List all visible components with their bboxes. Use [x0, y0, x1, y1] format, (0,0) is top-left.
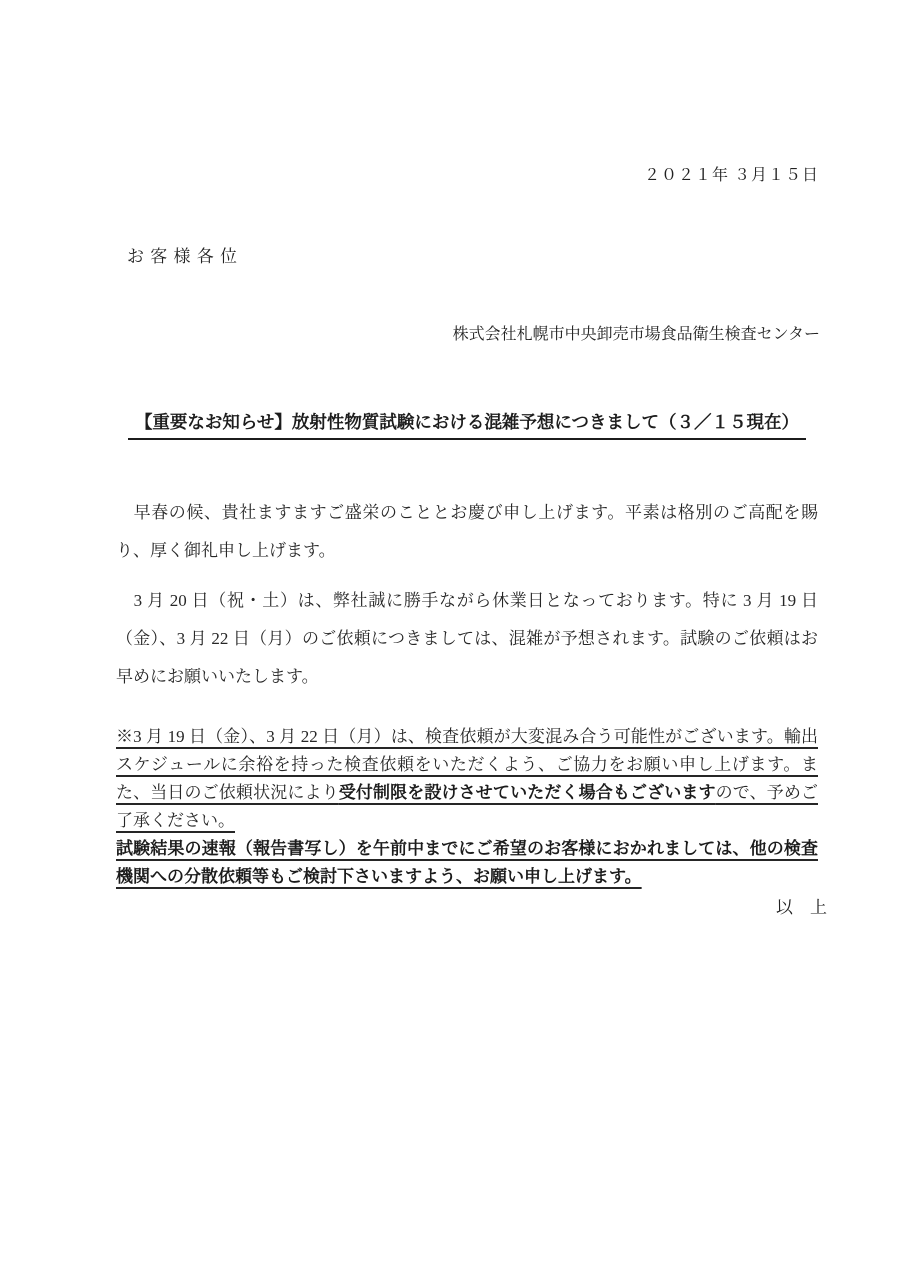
document-date: ２０２１年 ３月１５日 [644, 162, 819, 185]
important-notice: ※3 月 19 日（金）、3 月 22 日（月）は、検査依頼が大変混み合う可能性… [116, 723, 818, 891]
schedule-paragraph: 3 月 20 日（祝・土）は、弊社誠に勝手ながら休業日となっております。特に 3… [116, 582, 818, 696]
closing: 以 上 [776, 893, 827, 918]
letter-page: ２０２１年 ３月１５日 お 客 様 各 位 株式会社札幌市中央卸売市場食品衛生検… [0, 0, 905, 1280]
notice-bold-2: 試験結果の速報（報告書写し）を午前中までにご希望のお客様におかれましては、他の検… [116, 839, 818, 886]
greeting-paragraph: 早春の候、貴社ますますご盛栄のこととお慶び申し上げます。平素は格別のご高配を賜り… [116, 494, 818, 570]
document-title: 【重要なお知らせ】放射性物質試験における混雑予想につきまして（３／１５現在） [128, 409, 806, 440]
company-name: 株式会社札幌市中央卸売市場食品衛生検査センター [453, 321, 820, 344]
title-row: 【重要なお知らせ】放射性物質試験における混雑予想につきまして（３／１５現在） [116, 409, 818, 440]
addressee: お 客 様 各 位 [127, 242, 238, 267]
notice-bold-1: 受付制限を設けさせていただく場合もございます [339, 783, 716, 802]
